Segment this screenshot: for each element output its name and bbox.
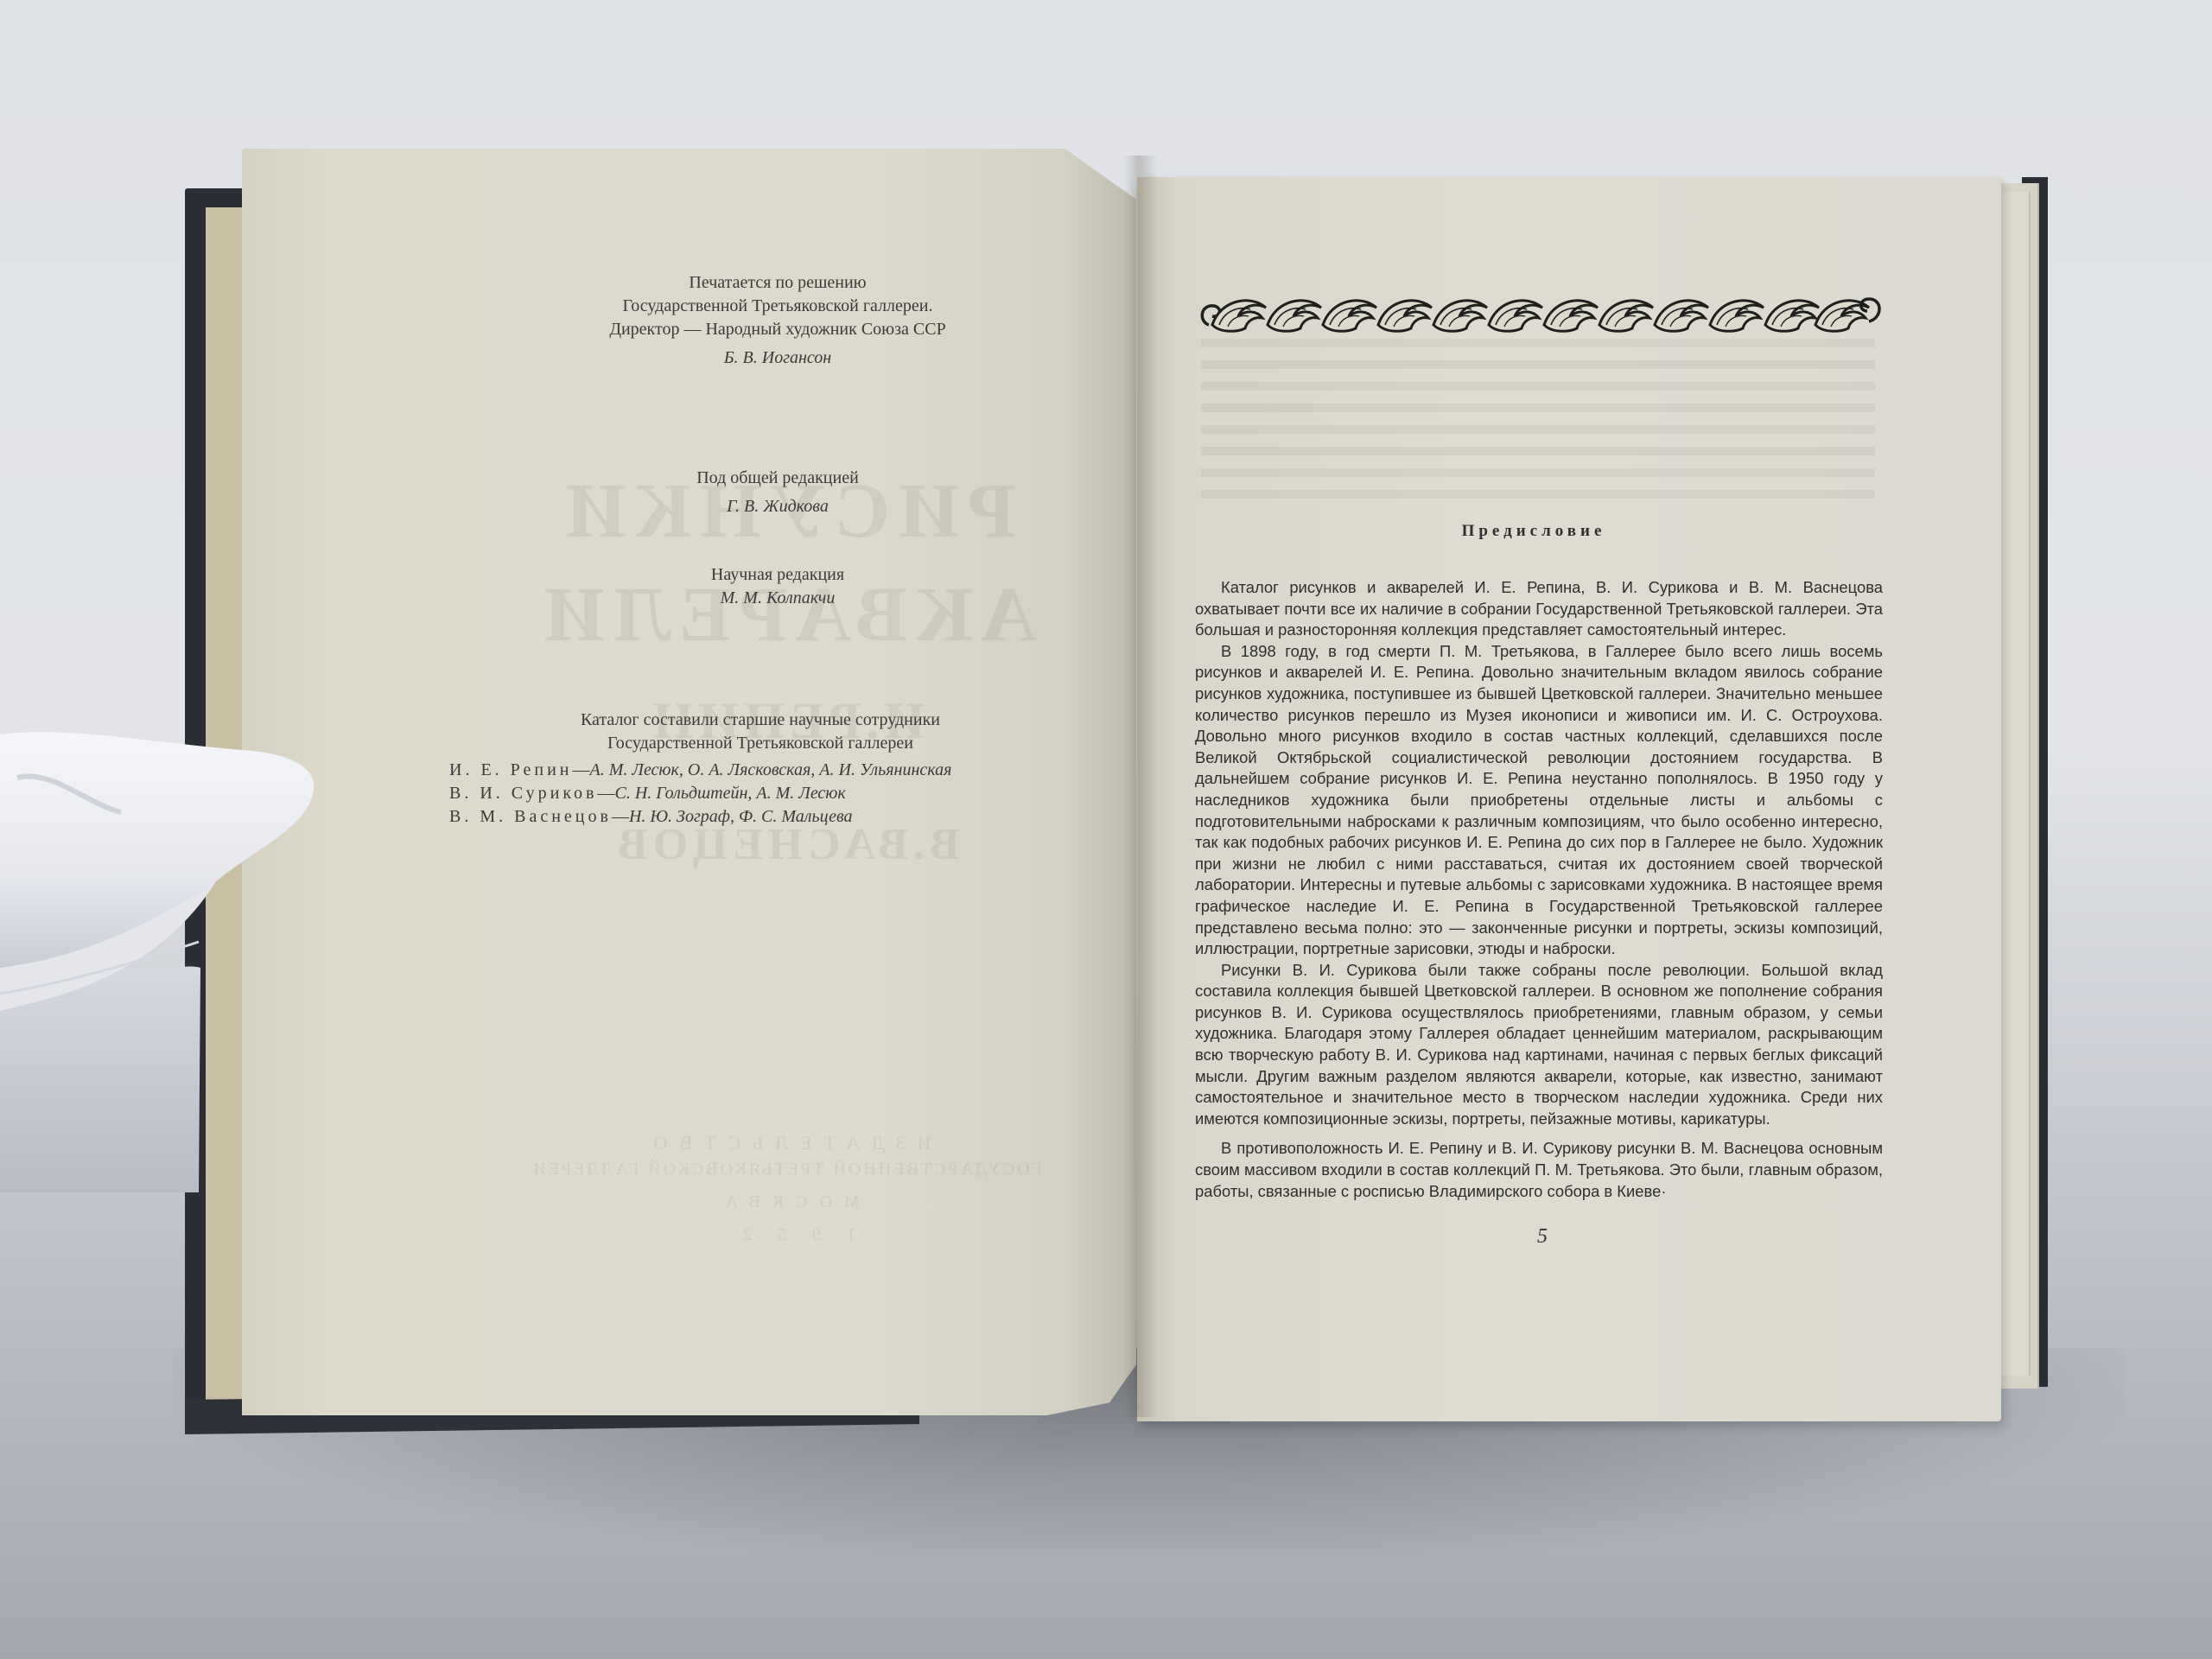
scientific-editor-block: Научная редакция М. М. Колпакчи — [536, 563, 1020, 610]
credit-compilers: А. М. Лесюк, О. А. Лясковская, А. И. Уль… — [590, 760, 952, 779]
credit-dash: — — [573, 760, 590, 779]
credit-row: В. И. Суриков—С. Н. Гольдштейн, А. М. Ле… — [449, 782, 1071, 805]
scientific-editor-name: М. М. Колпакчи — [536, 587, 1020, 610]
credit-compilers: С. Н. Гольдштейн, А. М. Лесюк — [614, 784, 845, 803]
compilers-label-line: Государственной Третьяковской галлереи — [449, 732, 1071, 755]
director-name: Б. В. Иогансон — [536, 346, 1020, 370]
publication-note-line: Печатается по решению — [536, 271, 1020, 295]
compilers-label-line: Каталог составили старшие научные сотруд… — [449, 709, 1071, 732]
book-gutter — [1123, 156, 1158, 1417]
show-through-text: ГОСУДАРСТВЕННОЙ ТРЕТЬЯКОВСКОЙ ГАЛЛЕРЕИ — [484, 1160, 1089, 1179]
credit-row: В. М. Васнецов—Н. Ю. Зограф, Ф. С. Мальц… — [449, 805, 1071, 829]
preface-body: Каталог рисунков и акварелей И. Е. Репин… — [1195, 577, 1883, 1202]
credit-artist: В. И. Суриков — [449, 784, 597, 803]
credit-compilers: Н. Ю. Зограф, Ф. С. Мальцева — [629, 807, 853, 826]
page-number: 5 — [1529, 1225, 1555, 1249]
show-through-lines — [1201, 339, 1875, 512]
preface-paragraph: В противоположность И. Е. Репину и В. И.… — [1195, 1138, 1883, 1202]
compilers-block: Каталог составили старшие научные сотруд… — [449, 709, 1071, 829]
general-editor-block: Под общей редакцией Г. В. Жидкова — [536, 467, 1020, 518]
preface-paragraph: Рисунки В. И. Сурикова были также собран… — [1195, 960, 1883, 1130]
credit-dash: — — [597, 784, 614, 803]
publication-note-line: Государственной Третьяковской галлереи. — [536, 295, 1020, 318]
preface-paragraph: В 1898 году, в год смерти П. М. Третьяко… — [1195, 641, 1883, 960]
general-editor-label: Под общей редакцией — [536, 467, 1020, 490]
general-editor-name: Г. В. Жидкова — [536, 495, 1020, 518]
show-through-text: ИЗДАТЕЛЬСТВО — [484, 1132, 1089, 1154]
preface-paragraph: Каталог рисунков и акварелей И. Е. Репин… — [1195, 577, 1883, 641]
show-through-text: МОСКВА — [484, 1192, 1089, 1212]
credit-row: И. Е. Репин—А. М. Лесюк, О. А. Лясковска… — [449, 759, 1071, 782]
credits-list: И. Е. Репин—А. М. Лесюк, О. А. Лясковска… — [449, 759, 1071, 829]
credit-dash: — — [612, 807, 629, 826]
white-glove-hand — [0, 709, 328, 1192]
scientific-editor-label: Научная редакция — [536, 563, 1020, 587]
show-through-text: 1952 — [484, 1225, 1089, 1245]
publication-note: Печатается по решению Государственной Тр… — [536, 271, 1020, 370]
publication-note-line: Директор — Народный художник Союза ССР — [536, 318, 1020, 341]
preface-heading: Предисловие — [1192, 522, 1875, 541]
acanthus-ornament-icon — [1197, 287, 1884, 335]
credit-artist: В. М. Васнецов — [449, 807, 612, 826]
credit-artist: И. Е. Репин — [449, 760, 573, 779]
